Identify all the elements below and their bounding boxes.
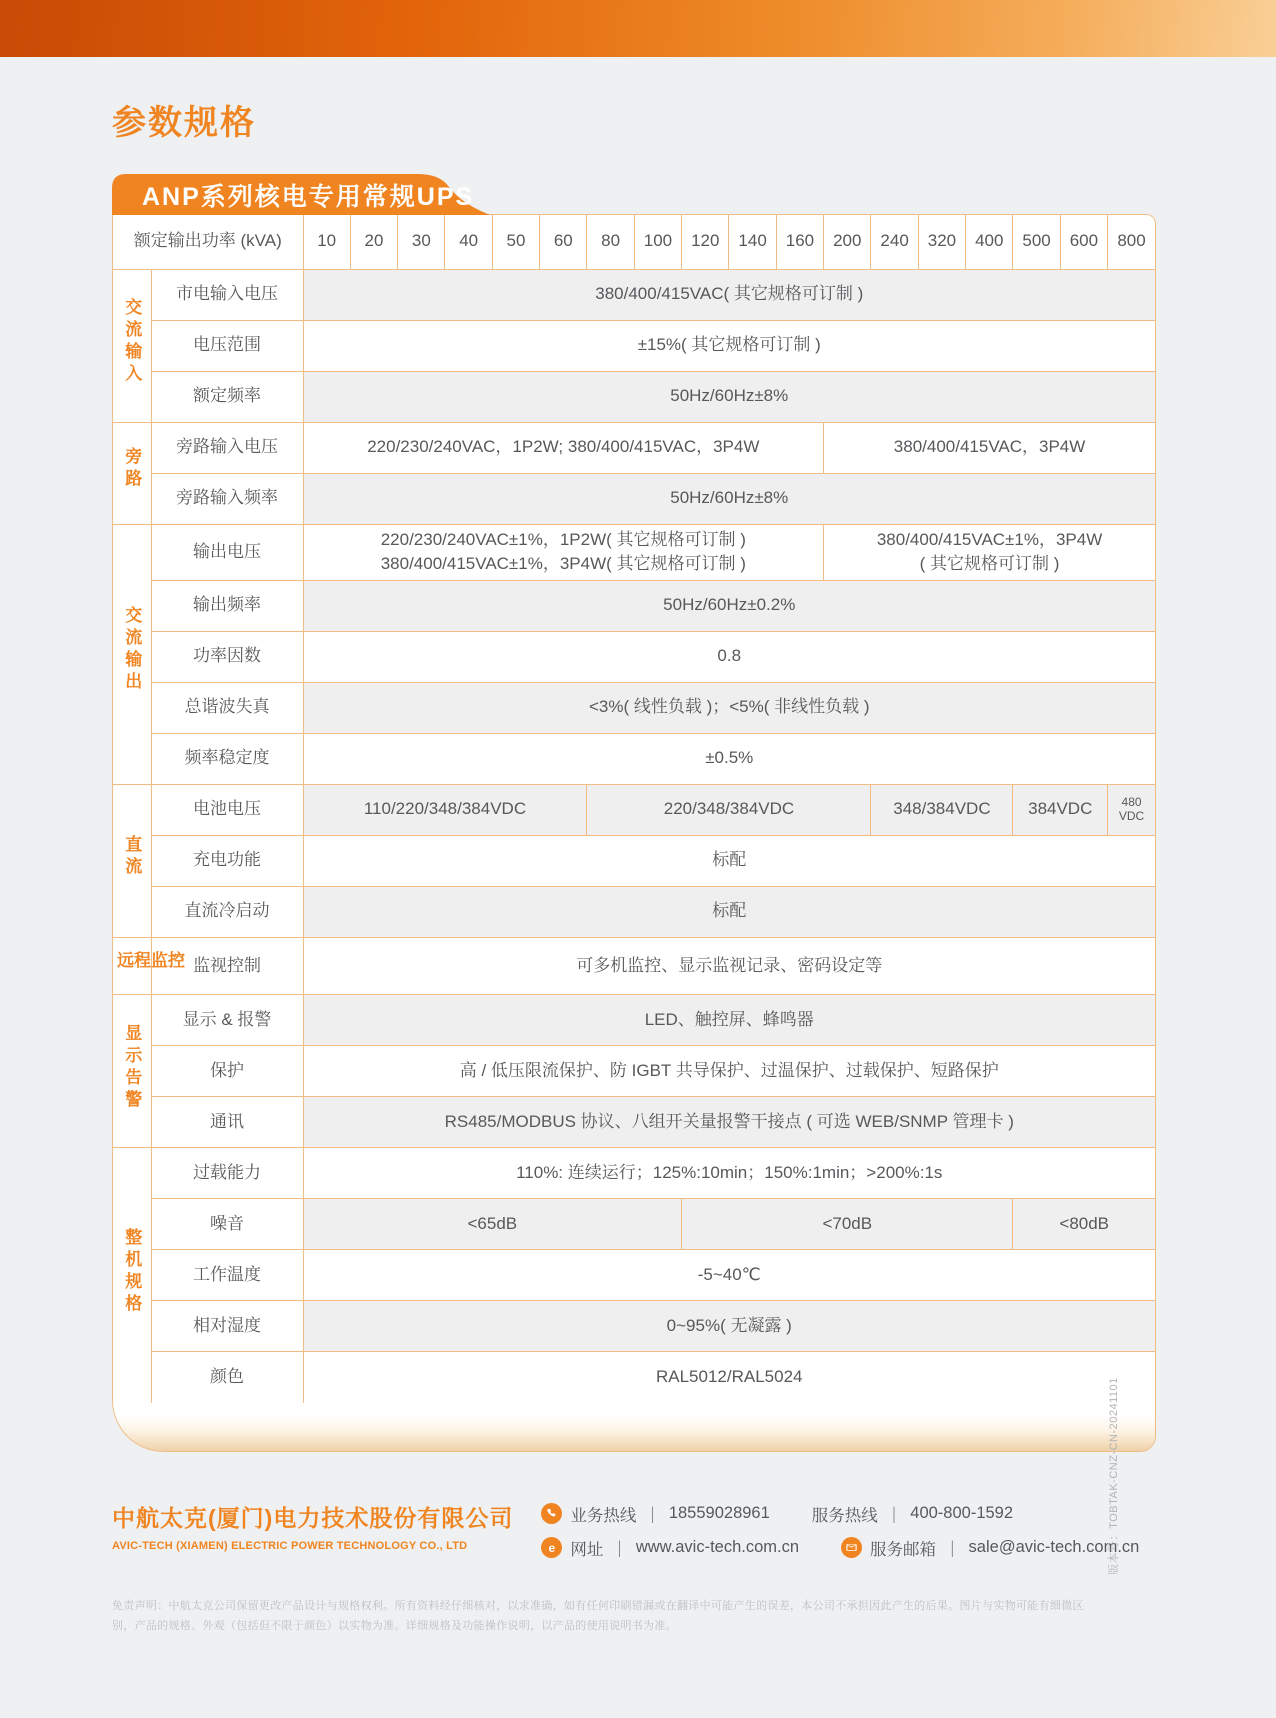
row-label: 过载能力: [151, 1148, 303, 1199]
spec-value: 50Hz/60Hz±8%: [303, 371, 1155, 422]
row-label: 输出电压: [151, 524, 303, 580]
spec-value: 高 / 低压限流保护、防 IGBT 共导保护、过温保护、过载保护、短路保护: [303, 1046, 1155, 1097]
service-hotline-label: 服务热线: [812, 1502, 878, 1526]
group-label-text: 显示告警: [123, 1024, 140, 1112]
table-row: 充电功能标配: [113, 835, 1155, 886]
spec-value: <3%( 线性负载 )；<5%( 非线性负载 ): [303, 682, 1155, 733]
spec-value: ±0.5%: [303, 733, 1155, 784]
group-label: 显示告警: [113, 995, 151, 1148]
table-row: 直流冷启动标配: [113, 886, 1155, 937]
row-label: 电压范围: [151, 320, 303, 371]
table-row: 交流输入市电输入电压380/400/415VAC( 其它规格可订制 ): [113, 269, 1155, 320]
website-label: 网址: [570, 1536, 603, 1560]
spec-value: <65dB: [303, 1199, 682, 1250]
spec-value: 380/400/415VAC，3P4W: [824, 422, 1155, 473]
row-label: 通讯: [151, 1097, 303, 1148]
spec-value: 可多机监控、显示监视记录、密码设定等: [303, 937, 1155, 995]
group-label: 整机规格: [113, 1148, 151, 1403]
spec-value: 380/400/415VAC±1%，3P4W( 其它规格可订制 ): [824, 524, 1155, 580]
spec-value: <80dB: [1013, 1199, 1155, 1250]
spec-value: <70dB: [682, 1199, 1013, 1250]
spec-value: 0.8: [303, 631, 1155, 682]
power-rating: 320: [918, 215, 965, 269]
table-row: 直流电池电压110/220/348/384VDC220/348/384VDC34…: [113, 784, 1155, 835]
row-label: 噪音: [151, 1199, 303, 1250]
row-label: 输出频率: [151, 580, 303, 631]
power-rating: 200: [824, 215, 871, 269]
disclaimer: 免责声明：中航太克公司保留更改产品设计与规格权利。所有资料经仔细核对，以求准确，…: [112, 1596, 1097, 1637]
spec-value: -5~40℃: [303, 1250, 1155, 1301]
row-label: 保护: [151, 1046, 303, 1097]
spec-value: 380/400/415VAC( 其它规格可订制 ): [303, 269, 1155, 320]
power-rating: 30: [398, 215, 445, 269]
group-label: 直流: [113, 784, 151, 937]
power-rating: 100: [634, 215, 681, 269]
row-label: 功率因数: [151, 631, 303, 682]
power-rating: 40: [445, 215, 492, 269]
spec-value: 384VDC: [1013, 784, 1108, 835]
spec-value: ±15%( 其它规格可订制 ): [303, 320, 1155, 371]
table-row: 显示告警显示 & 报警LED、触控屏、蜂鸣器: [113, 995, 1155, 1046]
phone-icon: [541, 1503, 562, 1524]
separator: ｜: [644, 1502, 661, 1526]
spec-value: 220/348/384VDC: [587, 784, 871, 835]
power-rating: 80: [587, 215, 634, 269]
service-hotline-value: 400-800-1592: [910, 1504, 1013, 1523]
company-name-cn: 中航太克(厦门)电力技术股份有限公司: [112, 1500, 513, 1533]
spec-value: 标配: [303, 835, 1155, 886]
page: { "page": { "title": "参数规格", "badge": "A…: [0, 0, 1276, 1718]
row-label: 相对湿度: [151, 1301, 303, 1352]
table-row: 额定频率50Hz/60Hz±8%: [113, 371, 1155, 422]
table-row: 旁路旁路输入电压220/230/240VAC，1P2W; 380/400/415…: [113, 422, 1155, 473]
power-rating: 800: [1108, 215, 1155, 269]
spec-value: 220/230/240VAC，1P2W; 380/400/415VAC，3P4W: [303, 422, 824, 473]
spec-value: 348/384VDC: [871, 784, 1013, 835]
row-label: 额定频率: [151, 371, 303, 422]
group-label-text: 远程监控: [115, 944, 183, 981]
spec-value: 110/220/348/384VDC: [303, 784, 587, 835]
row-label: 频率稳定度: [151, 733, 303, 784]
table-row: 工作温度-5~40℃: [113, 1250, 1155, 1301]
series-badge-label: ANP系列核电专用常规UPS: [142, 174, 474, 215]
contact-row-phones: 业务热线｜18559028961 服务热线｜400-800-1592: [541, 1502, 1139, 1526]
row-label: 直流冷启动: [151, 886, 303, 937]
content: 参数规格 ANP系列核电专用常规UPS 额定输出功率 (kVA)10203040…: [0, 95, 1156, 1637]
group-label-text: 旁路: [123, 447, 140, 491]
card-bottom-band: [113, 1403, 1155, 1451]
spec-table-card: 额定输出功率 (kVA)1020304050608010012014016020…: [112, 214, 1156, 1452]
row-label: 颜色: [151, 1352, 303, 1403]
mail-icon: [841, 1537, 862, 1558]
separator: ｜: [611, 1536, 628, 1560]
spec-value: LED、触控屏、蜂鸣器: [303, 995, 1155, 1046]
power-rating: 120: [682, 215, 729, 269]
series-badge: ANP系列核电专用常规UPS: [112, 174, 490, 215]
table-row: 旁路输入频率50Hz/60Hz±8%: [113, 473, 1155, 524]
spec-value: 50Hz/60Hz±0.2%: [303, 580, 1155, 631]
page-title: 参数规格: [112, 95, 1156, 144]
spec-value: 110%: 连续运行；125%:10min；150%:1min；>200%:1s: [303, 1148, 1155, 1199]
business-hotline-label: 业务热线: [570, 1502, 636, 1526]
company-name-en: AVIC-TECH (XIAMEN) ELECTRIC POWER TECHNO…: [112, 1540, 513, 1552]
website: 网址｜www.avic-tech.com.cn: [570, 1536, 799, 1560]
table-row: 功率因数0.8: [113, 631, 1155, 682]
globe-icon: e: [541, 1537, 562, 1558]
power-rating: 240: [871, 215, 918, 269]
power-rating: 400: [966, 215, 1013, 269]
table-row: 颜色RAL5012/RAL5024: [113, 1352, 1155, 1403]
top-accent-bar: [0, 0, 1276, 57]
contacts-block: 业务热线｜18559028961 服务热线｜400-800-1592 e 网址｜…: [541, 1500, 1139, 1570]
row-label: 旁路输入频率: [151, 473, 303, 524]
row-label: 旁路输入电压: [151, 422, 303, 473]
service-hotline: 服务热线｜400-800-1592: [812, 1502, 1013, 1526]
spec-value: 220/230/240VAC±1%，1P2W( 其它规格可订制 )380/400…: [303, 524, 824, 580]
group-label-text: 直流: [123, 835, 140, 879]
power-rating: 160: [776, 215, 823, 269]
table-row: 整机规格过载能力110%: 连续运行；125%:10min；150%:1min；…: [113, 1148, 1155, 1199]
table-row: 保护高 / 低压限流保护、防 IGBT 共导保护、过温保护、过载保护、短路保护: [113, 1046, 1155, 1097]
separator: ｜: [944, 1536, 961, 1560]
service-mail: 服务邮箱｜sale@avic-tech.com.cn: [870, 1536, 1139, 1560]
table-row: 相对湿度0~95%( 无凝露 ): [113, 1301, 1155, 1352]
power-rating: 600: [1060, 215, 1107, 269]
spec-value: 480VDC: [1108, 784, 1155, 835]
group-label-text: 交流输出: [123, 606, 140, 694]
spec-value: RS485/MODBUS 协议、八组开关量报警干接点 ( 可选 WEB/SNMP…: [303, 1097, 1155, 1148]
row-label: 显示 & 报警: [151, 995, 303, 1046]
separator: ｜: [886, 1502, 903, 1526]
group-label: 交流输入: [113, 269, 151, 422]
service-mail-label: 服务邮箱: [870, 1536, 936, 1560]
business-hotline-value: 18559028961: [669, 1504, 770, 1523]
table-row: 噪音<65dB<70dB<80dB: [113, 1199, 1155, 1250]
power-rating: 20: [350, 215, 397, 269]
table-row: 交流输出输出电压220/230/240VAC±1%，1P2W( 其它规格可订制 …: [113, 524, 1155, 580]
spec-table: 额定输出功率 (kVA)1020304050608010012014016020…: [113, 215, 1155, 1403]
power-rating: 10: [303, 215, 350, 269]
power-rating: 60: [540, 215, 587, 269]
spec-header-label: 额定输出功率 (kVA): [113, 215, 303, 269]
spec-value: 50Hz/60Hz±8%: [303, 473, 1155, 524]
table-row: 频率稳定度±0.5%: [113, 733, 1155, 784]
spec-value: RAL5012/RAL5024: [303, 1352, 1155, 1403]
website-value: www.avic-tech.com.cn: [636, 1538, 799, 1557]
footer: 中航太克(厦门)电力技术股份有限公司 AVIC-TECH (XIAMEN) EL…: [112, 1500, 1156, 1570]
row-label: 充电功能: [151, 835, 303, 886]
table-row: 通讯RS485/MODBUS 协议、八组开关量报警干接点 ( 可选 WEB/SN…: [113, 1097, 1155, 1148]
table-row: 电压范围±15%( 其它规格可订制 ): [113, 320, 1155, 371]
row-label: 电池电压: [151, 784, 303, 835]
group-label: 交流输出: [113, 524, 151, 784]
row-label: 市电输入电压: [151, 269, 303, 320]
power-rating: 140: [729, 215, 776, 269]
group-label-text: 整机规格: [123, 1228, 140, 1316]
row-label: 总谐波失真: [151, 682, 303, 733]
spec-value: 0~95%( 无凝露 ): [303, 1301, 1155, 1352]
version-note: 版本号：TOBTAK-CNZ-CN-20241101: [1105, 1361, 1121, 1591]
table-row: 输出频率50Hz/60Hz±0.2%: [113, 580, 1155, 631]
spec-value: 标配: [303, 886, 1155, 937]
group-label-text: 交流输入: [123, 298, 140, 386]
contact-row-web: e 网址｜www.avic-tech.com.cn 服务邮箱｜sale@avic…: [541, 1536, 1139, 1560]
table-row: 总谐波失真<3%( 线性负载 )；<5%( 非线性负载 ): [113, 682, 1155, 733]
row-label: 工作温度: [151, 1250, 303, 1301]
company-block: 中航太克(厦门)电力技术股份有限公司 AVIC-TECH (XIAMEN) EL…: [112, 1500, 513, 1552]
group-label: 旁路: [113, 422, 151, 524]
group-label: 远程监控: [113, 937, 151, 995]
table-header-row: 额定输出功率 (kVA)1020304050608010012014016020…: [113, 215, 1155, 269]
power-rating: 500: [1013, 215, 1060, 269]
power-rating: 50: [492, 215, 539, 269]
business-hotline: 业务热线｜18559028961: [570, 1502, 769, 1526]
table-row: 远程监控监视控制可多机监控、显示监视记录、密码设定等: [113, 937, 1155, 995]
